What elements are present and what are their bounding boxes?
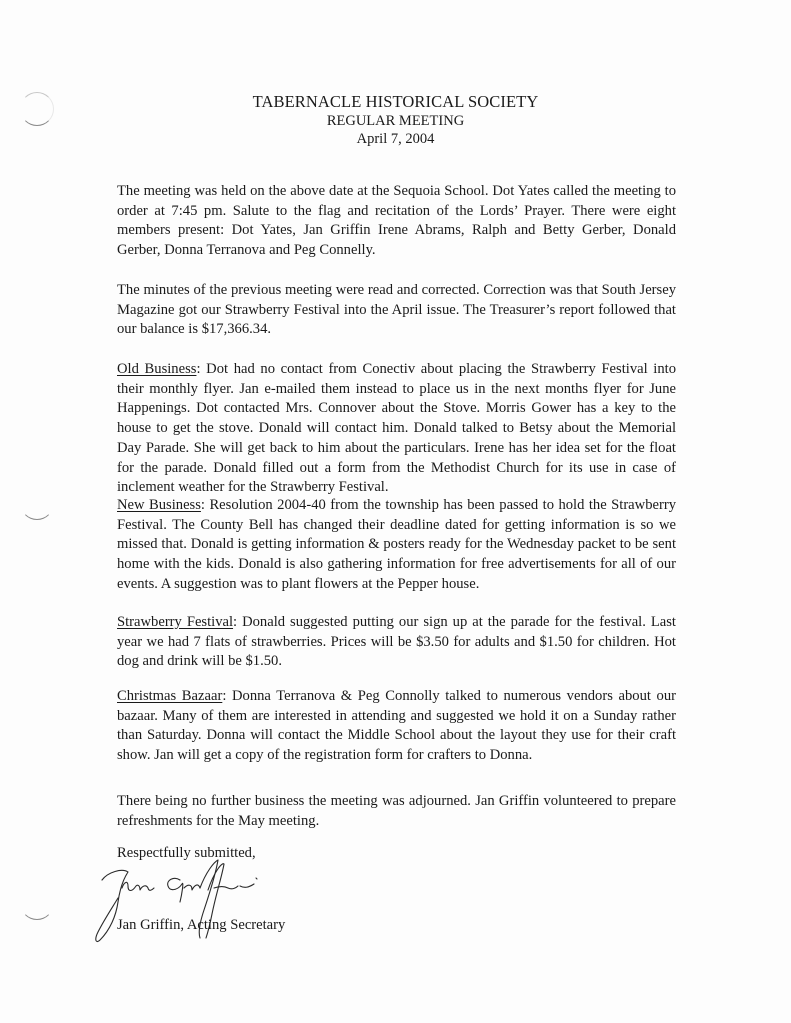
section-heading: Christmas Bazaar	[117, 688, 222, 704]
organization-title: TABERNACLE HISTORICAL SOCIETY	[0, 92, 791, 112]
paragraph-minutes-treasurer: The minutes of the previous meeting were…	[117, 281, 676, 340]
paragraph-text: : Resolution 2004-40 from the township h…	[117, 497, 676, 592]
paragraph-adjournment: There being no further business the meet…	[117, 792, 676, 831]
punch-hole-mark	[20, 886, 54, 920]
section-heading: Old Business	[117, 361, 196, 377]
paragraph-strawberry-festival: Strawberry Festival: Donald suggested pu…	[117, 613, 676, 672]
paragraph-text: The minutes of the previous meeting were…	[117, 282, 676, 337]
document-header: TABERNACLE HISTORICAL SOCIETY REGULAR ME…	[0, 92, 791, 148]
paragraph-opening: The meeting was held on the above date a…	[117, 182, 676, 261]
signer-name-title: Jan Griffin, Acting Secretary	[117, 916, 285, 935]
paragraph-new-business: New Business: Resolution 2004-40 from th…	[117, 496, 676, 595]
scanned-page: TABERNACLE HISTORICAL SOCIETY REGULAR ME…	[0, 0, 791, 1023]
paragraph-old-business: Old Business: Dot had no contact from Co…	[117, 360, 676, 498]
section-heading: Strawberry Festival	[117, 614, 233, 630]
meeting-date: April 7, 2004	[0, 130, 791, 148]
meeting-type: REGULAR MEETING	[0, 112, 791, 130]
paragraph-christmas-bazaar: Christmas Bazaar: Donna Terranova & Peg …	[117, 687, 676, 766]
paragraph-text: The meeting was held on the above date a…	[117, 183, 676, 258]
section-heading: New Business	[117, 497, 201, 513]
punch-hole-mark	[20, 486, 54, 520]
paragraph-text: : Dot had no contact from Conectiv about…	[117, 361, 676, 495]
paragraph-text: There being no further business the meet…	[117, 793, 676, 829]
